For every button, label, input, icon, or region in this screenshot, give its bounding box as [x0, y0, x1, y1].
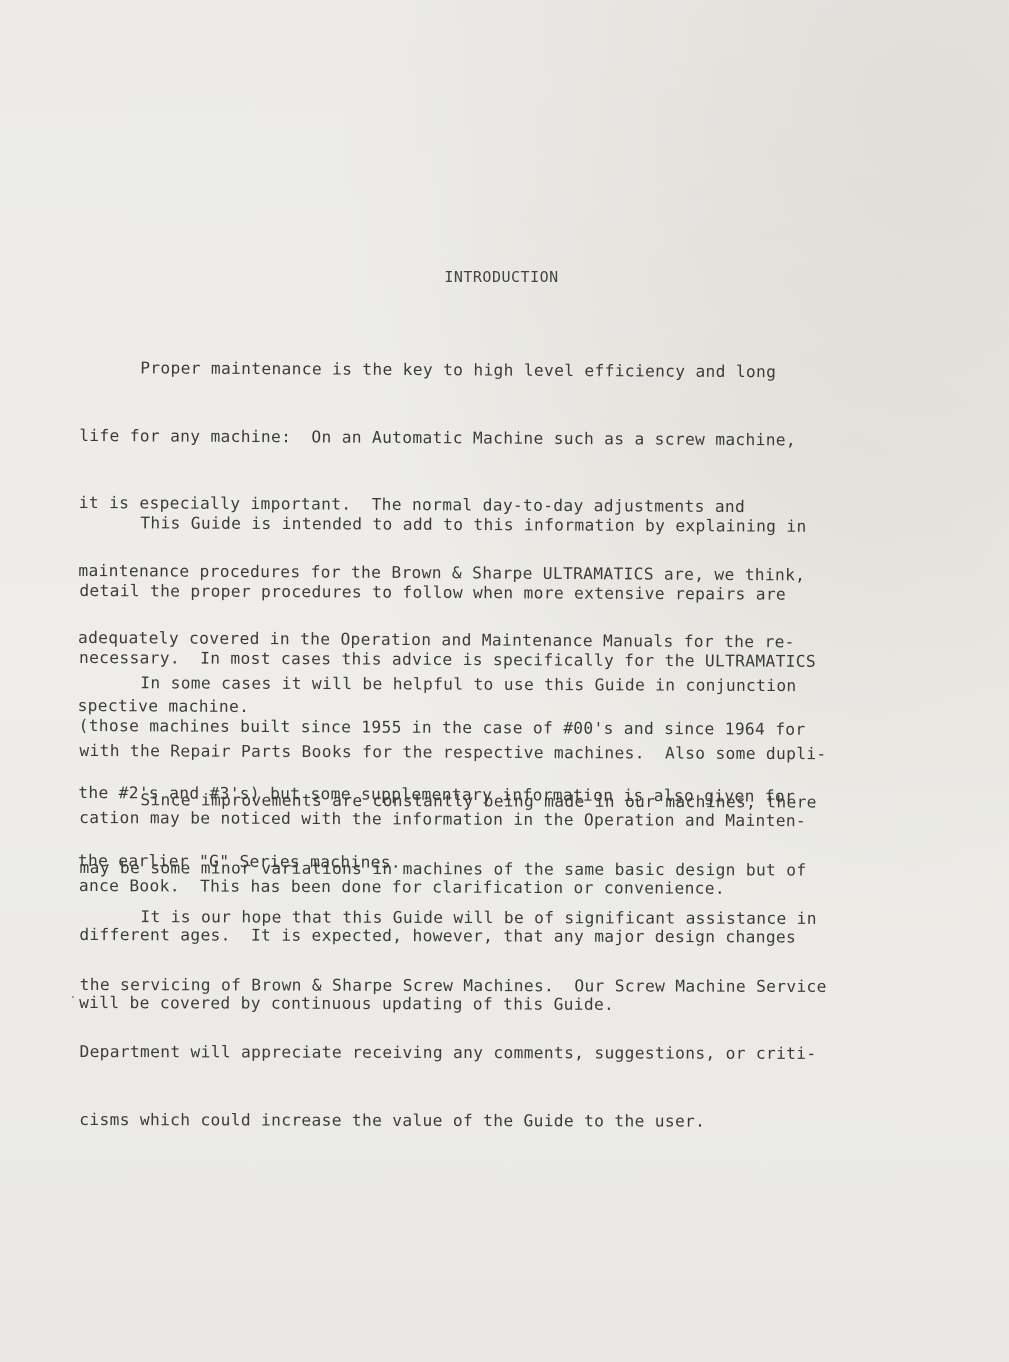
text-line: Since improvements are constantly being … [80, 789, 960, 815]
text-line: detail the proper procedures to follow w… [79, 579, 959, 606]
text-line: life for any machine: On an Automatic Ma… [79, 424, 959, 452]
text-line: Department will appreciate receiving any… [79, 1041, 959, 1066]
text-line: In some cases it will be helpful to use … [80, 672, 960, 698]
paper-speck [72, 996, 74, 998]
text-line: It is our hope that this Guide will be o… [80, 906, 960, 931]
text-line: the servicing of Brown & Sharpe Screw Ma… [80, 973, 960, 998]
paragraph-5: It is our hope that this Guide will be o… [79, 861, 960, 1178]
text-line: This Guide is intended to add to this in… [80, 512, 960, 539]
document-page: INTRODUCTION Proper maintenance is the k… [0, 0, 1009, 1362]
text-line: Proper maintenance is the key to high le… [80, 357, 960, 385]
page-title: INTRODUCTION [0, 268, 1006, 286]
text-line: cisms which could increase the value of … [79, 1108, 959, 1133]
